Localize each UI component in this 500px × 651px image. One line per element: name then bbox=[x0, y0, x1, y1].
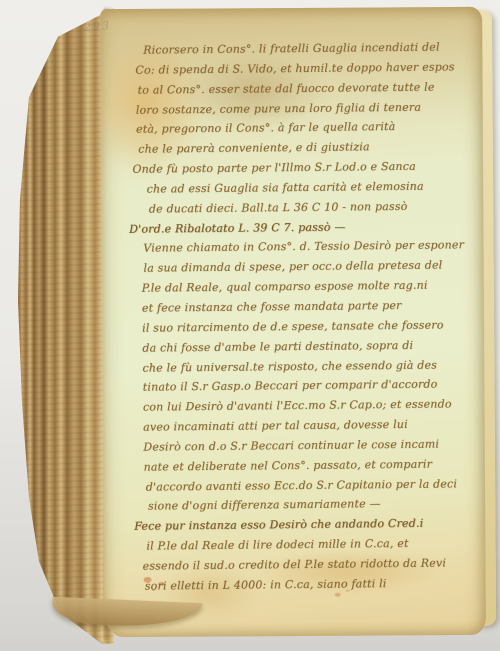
manuscript-page: Ricorsero in Cons°. li fratelli Guaglia … bbox=[100, 7, 486, 637]
manuscript-line: to al Cons°. esser state dal fuocco devo… bbox=[137, 77, 471, 100]
manuscript-photo: Ricorsero in Cons°. li fratelli Guaglia … bbox=[0, 0, 500, 651]
manuscript-line: con lui Desirò d'avanti l'Ecc.mo S.r Cap… bbox=[143, 394, 475, 417]
manuscript-line: sori elletti in L 4000: in C.ca, siano f… bbox=[145, 573, 477, 596]
book-binding-edge bbox=[14, 8, 114, 644]
manuscript-line: d'accordo avanti esso Ecc.do S.r Capitan… bbox=[146, 474, 476, 497]
manuscript-line: che ad essi Guaglia sia fatta carità et … bbox=[147, 176, 473, 199]
folio-number: 293 bbox=[84, 19, 112, 34]
manuscript-line: il suo ritarcimento de d.e spese, tansat… bbox=[142, 315, 474, 338]
manuscript-line: P.le dal Reale, qual comparso espose mol… bbox=[142, 275, 474, 298]
handwritten-text: Ricorsero in Cons°. li fratelli Guaglia … bbox=[127, 37, 477, 596]
manuscript-line: essendo il sud.o credito del P.le stato … bbox=[142, 553, 476, 576]
